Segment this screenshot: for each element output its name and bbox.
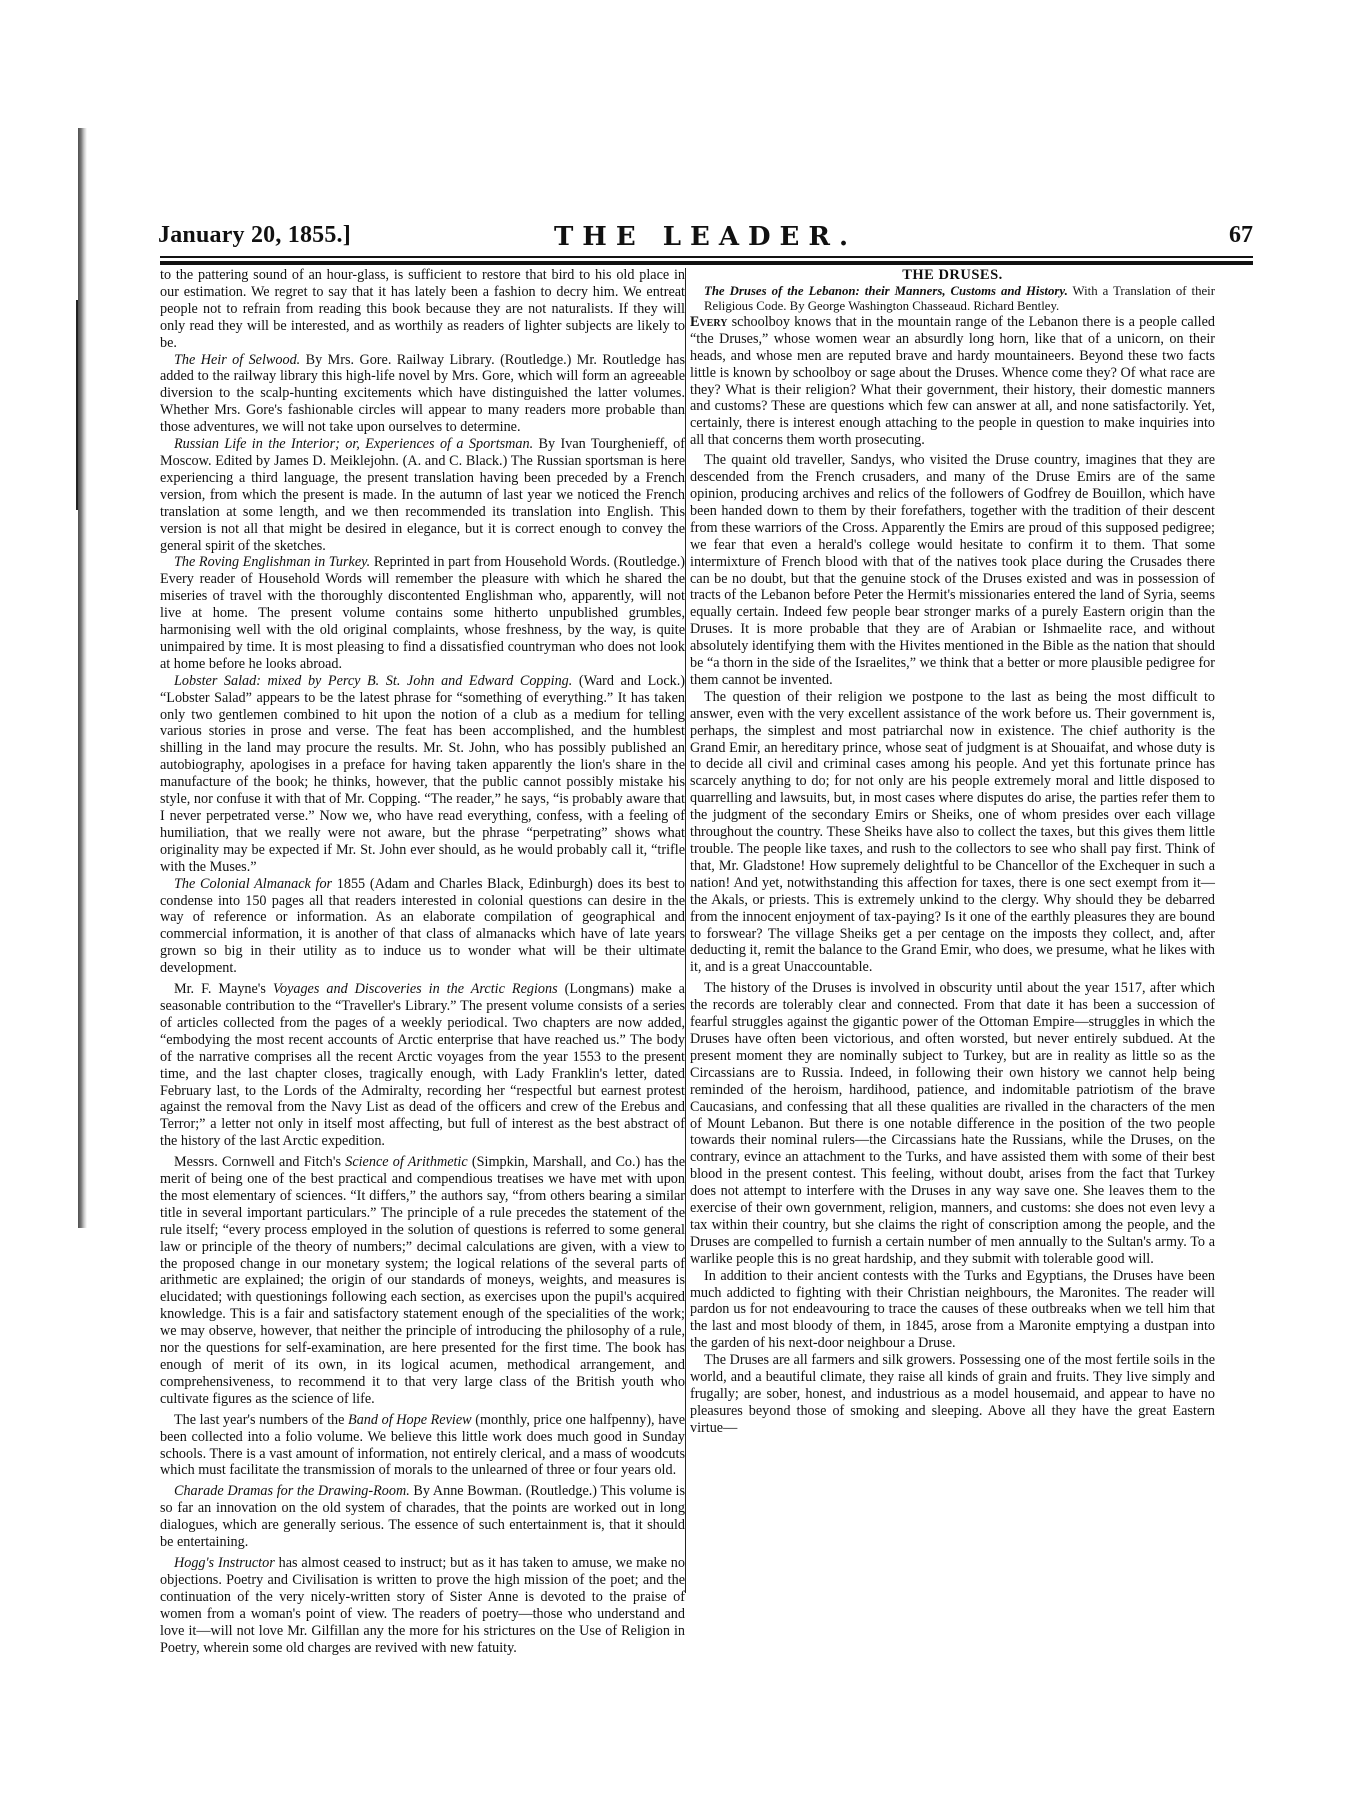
article-paragraph: The history of the Druses is involved in… (690, 980, 1215, 1267)
right-column: THE DRUSES. The Druses of the Lebanon: t… (690, 267, 1215, 1437)
book-review: Hogg's Instructor has almost ceased to i… (160, 1555, 685, 1656)
page-binding-line (76, 300, 78, 510)
book-title: Band of Hope Review (348, 1412, 472, 1428)
book-review: Mr. F. Mayne's Voyages and Discoveries i… (160, 981, 685, 1150)
book-title: The Heir of Selwood. (174, 352, 300, 368)
book-review: Charade Dramas for the Drawing-Room. By … (160, 1483, 685, 1551)
page-binding-shadow (78, 128, 87, 1228)
page-number: 67 (1229, 222, 1253, 249)
article-paragraph: Every schoolboy knows that in the mounta… (690, 314, 1215, 449)
book-review: Messrs. Cornwell and Fitch's Science of … (160, 1154, 685, 1408)
section-heading: THE DRUSES. (690, 267, 1215, 284)
left-column: to the pattering sound of an hour-glass,… (160, 267, 685, 1656)
book-title: Lobster Salad: mixed by Percy B. St. Joh… (174, 673, 572, 689)
book-review: Russian Life in the Interior; or, Experi… (160, 436, 685, 554)
book-title: Hogg's Instructor (174, 1555, 275, 1571)
book-citation: The Druses of the Lebanon: their Manners… (690, 284, 1215, 314)
book-title: Voyages and Discoveries in the Arctic Re… (273, 981, 558, 997)
publication-title: THE LEADER. (158, 222, 1253, 252)
book-review: The last year's numbers of the Band of H… (160, 1412, 685, 1480)
article-paragraph: to the pattering sound of an hour-glass,… (160, 267, 685, 352)
masthead: January 20, 1855.] THE LEADER. 67 (158, 222, 1253, 252)
book-title: The Druses of the Lebanon: their Manners… (704, 284, 1068, 298)
article-paragraph: The question of their religion we postpo… (690, 689, 1215, 976)
book-review: The Roving Englishman in Turkey. Reprint… (160, 554, 685, 672)
book-title: Charade Dramas for the Drawing-Room. (174, 1483, 410, 1499)
article-paragraph: The quaint old traveller, Sandys, who vi… (690, 452, 1215, 689)
column-divider (685, 268, 686, 1593)
masthead-rule-thick (160, 261, 1253, 265)
book-review: Lobster Salad: mixed by Percy B. St. Joh… (160, 673, 685, 876)
book-title: The Roving Englishman in Turkey. (174, 554, 370, 570)
opening-word: Every (690, 314, 727, 330)
masthead-rule-thin (160, 256, 1253, 258)
book-title: Russian Life in the Interior; or, Experi… (174, 436, 533, 452)
book-review: The Colonial Almanack for 1855 (Adam and… (160, 876, 685, 977)
book-review: The Heir of Selwood. By Mrs. Gore. Railw… (160, 352, 685, 437)
article-paragraph: In addition to their ancient contests wi… (690, 1268, 1215, 1353)
book-title: The Colonial Almanack for (174, 876, 332, 892)
book-title: Science of Arithmetic (345, 1154, 467, 1170)
article-paragraph: The Druses are all farmers and silk grow… (690, 1352, 1215, 1437)
